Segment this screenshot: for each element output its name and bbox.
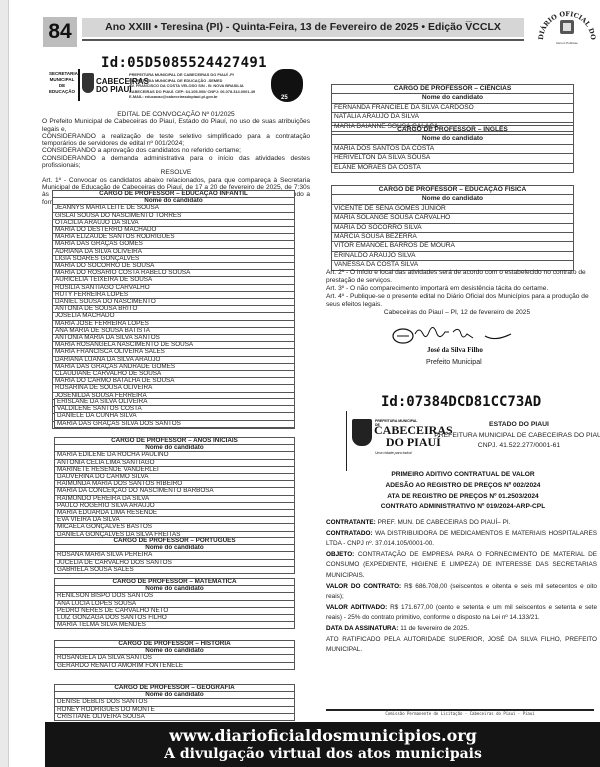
cabeceiras-prefeitura-logo: PREFEITURA MUNICIPAL DE CABECEIRASDO PIA… xyxy=(346,411,418,471)
table-row: JUCÉLIA DE CARVALHO DOS SANTOS xyxy=(55,559,295,566)
table-row: RUTY FERREIRA LOPES xyxy=(53,291,295,298)
table-title: CARGO DE PROFESSOR – CIÊNCIAS xyxy=(332,85,574,94)
table-row: VICENTE DE SENA GOMES JÚNIOR xyxy=(332,204,574,213)
table-row: NATÁLIA ARAÚJO DA SILVA xyxy=(332,113,574,122)
anniversary-badge-logo xyxy=(271,69,303,102)
candidate-table-portugues: CARGO DE PROFESSOR – PORTUGUÊSNome do ca… xyxy=(54,537,295,574)
table-row: MARIA ELIZAUDE SANTOS RODRIGUES xyxy=(53,234,295,241)
table-row: RONEY RODRIGUES DO MONTE xyxy=(55,706,295,713)
table-column-header: Nome do candidato xyxy=(55,648,295,655)
table-row: ERINALDO ARAÚJO SILVA xyxy=(332,251,574,260)
candidate-table-historia: CARGO DE PROFESSOR – HISTÓRIANome do can… xyxy=(54,640,295,670)
candidate-table-ingles: CARGO DE PROFESSOR – INGLÊSNome do candi… xyxy=(331,125,574,173)
contract-field: CONTRATADO: WA DISTRIBUIDORA DE MEDICAME… xyxy=(326,529,597,550)
table-column-header: Nome do candidato xyxy=(332,195,574,204)
edital-title: EDITAL DE CONVOCAÇÃO Nº 01/2025 xyxy=(42,111,310,118)
table-column-header: Nome do candidato xyxy=(55,445,295,452)
table-row: ANTONIA MARIA DA SILVA SANTOS xyxy=(53,335,295,342)
table-row: MARIA DAS GRAÇAS GOMES xyxy=(53,241,295,248)
table-row: MARIA DO ROSÁRIO COSTA RABELO SOUSA xyxy=(53,270,295,277)
table-row: MARIA DAS GRAÇAS ANDRADE GOMES xyxy=(53,363,295,370)
table-row: RENILSON BISPO DOS SANTOS xyxy=(55,593,295,600)
table-row: ROSARINA DE SOUSA OLIVEIRA xyxy=(53,385,295,392)
footer-banner: www.diarioficialdosmunicipios.org A divu… xyxy=(45,722,600,767)
table-row: LIGIA SOARES GONÇALVES xyxy=(53,255,295,262)
art-2: Art. 2º - O início e local das atividade… xyxy=(326,269,598,285)
table-row: DANIEL SOUSA DO NASCIMENTO xyxy=(53,299,295,306)
contract-field: ATO RATIFICADO PELA AUTORIDADE SUPERIOR,… xyxy=(326,635,597,656)
table-row: VALDILENE SANTOS COSTA xyxy=(55,406,295,413)
table-row: MICAELA GONÇALVES BASTOS xyxy=(55,524,295,531)
table-row: GERARDO RENATO AMORIM FONTENELE xyxy=(55,662,295,669)
table-row: ERISLANE DA SILVA OLIVEIRA xyxy=(55,399,295,406)
table-row: ROSANGELA DA SILVA SANTOS xyxy=(55,655,295,662)
table-row: CRISTIANE OLIVEIRA SOUSA xyxy=(55,713,295,720)
edital-articles: Art. 2º - O início e local das atividade… xyxy=(326,269,598,317)
table-row: MARIA DO CARMO BATALHA DE SOUSA xyxy=(53,378,295,385)
header-divider xyxy=(82,39,524,41)
table-row: GISLAI SOUSA DO NASCIMENTO TORRES xyxy=(53,212,295,219)
table-title: CARGO DE PROFESSOR – INGLÊS xyxy=(332,126,574,135)
table-row: ROSILIA SANTIAGO CARVALHO xyxy=(53,284,295,291)
table-row: MARIA DO SOCORRO SILVA xyxy=(332,223,574,232)
table-row: ROSANA MARIA SILVA PEREIRA xyxy=(55,552,295,559)
contract-field: CONTRATANTE: PREF. MUN. DE CABECEIRAS DO… xyxy=(326,518,597,529)
document-id-2: Id:07384DCD81CC73AD xyxy=(381,394,541,410)
table-row: JEANNYS MARIA LEITE DE SOUSA xyxy=(53,205,295,212)
edital-letterhead: SECRETARIA MUNICIPAL DE EDUCAÇÃO CABECEI… xyxy=(49,69,309,107)
art-3: Art. 3º - O não comparecimento importará… xyxy=(326,285,598,293)
table-row: EVA VIEIRA DA SILVA xyxy=(55,517,295,524)
candidate-table-infantil-continued: ERISLANE DA SILVA OLIVEIRAVALDILENE SANT… xyxy=(54,398,295,428)
table-row: MARIA DOS SANTOS DA COSTA xyxy=(332,144,574,153)
table-row: MARIA JOSÉ FERREIRA LOPES xyxy=(53,320,295,327)
signer-role: Prefeito Municipal xyxy=(426,359,482,366)
table-row: MARINETE RESENDE VANDERLEI xyxy=(55,466,295,473)
table-row: PAULO ROGÉRIO SILVA ARAÚJO xyxy=(55,502,295,509)
resolve-heading: RESOLVE xyxy=(42,169,310,176)
table-title: CARGO DE PROFESSOR – EDUCAÇÃO FISICA xyxy=(332,186,574,195)
table-title: CARGO DE PROFESSOR – EDUCAÇÃO INFANTIL xyxy=(53,191,295,198)
table-row: ANA MARIA DE SOUSA BATISTA xyxy=(53,327,295,334)
table-row: PEDRO NERES DE CARVALHO NETO xyxy=(55,607,295,614)
website-link[interactable]: www.diarioficialdosmunicipios.org xyxy=(45,722,600,746)
comissao-note: Comissão Permanente de Licitação - Cabec… xyxy=(326,711,594,716)
aditivo-titles: PRIMEIRO ADITIVO CONTRATUAL DE VALOR ADE… xyxy=(327,470,599,513)
table-row: RAIMUNDA MARIA DOS SANTOS RIBEIRO xyxy=(55,481,295,488)
edition-line: Ano XXIII • Teresina (PI) - Quinta-Feira… xyxy=(82,18,524,37)
contract-field: VALOR DO CONTRATO: R$ 686.708,00 (seisce… xyxy=(326,582,597,603)
contract-field: VALOR ADITIVADO: R$ 171.677,00 (cento e … xyxy=(326,603,597,624)
table-row: AURICELIA TEIXEIRA DE SOUSA xyxy=(53,277,295,284)
table-row: OTACILIA ARAÚJO DA SILVA xyxy=(53,219,295,226)
table-title: CARGO DE PROFESSOR – MATEMÁTICA xyxy=(55,579,295,586)
issuer-block: ESTADO DO PIAUI PREFEITURA MUNICIPAL DE … xyxy=(429,420,600,452)
table-row: MARIA FRANCISCA OLIVEIRA SALES xyxy=(53,349,295,356)
table-row: JOSÉLIA MACHADO xyxy=(53,313,295,320)
contract-fields: CONTRATANTE: PREF. MUN. DE CABECEIRAS DO… xyxy=(326,518,597,656)
secretaria-logo: SECRETARIA MUNICIPAL DE EDUCAÇÃO xyxy=(49,71,75,95)
table-row: ELÃNE MORAES DA COSTA xyxy=(332,163,574,172)
table-row: ANA LUCIA LOPES SOUSA xyxy=(55,600,295,607)
signature-image xyxy=(389,318,519,348)
candidate-table-geografia: CARGO DE PROFESSOR – GEOGRAFIANome do ca… xyxy=(54,684,295,721)
table-row: DANIELE DA CUNHA SILVA xyxy=(55,413,295,420)
newspaper-page: 84 Ano XXIII • Teresina (PI) - Quinta-Fe… xyxy=(8,0,600,767)
table-row: FERNANDA FRANCIELE DA SILVA CARDOSO xyxy=(332,103,574,112)
svg-text:Rerum Publicae: Rerum Publicae xyxy=(556,41,578,45)
table-row: DENISE DEBLIS DOS SANTOS xyxy=(55,699,295,706)
diario-oficial-seal-logo: DIÁRIO OFICIAL DOS MUNICÍPIOS Rerum Publ… xyxy=(533,2,600,58)
table-row: CLAUDIANE CARVALHO DE SOUSA xyxy=(53,371,295,378)
page-number: 84 xyxy=(43,17,77,47)
coat-of-arms-icon xyxy=(82,73,94,93)
table-row: MARIA EDUARDA LIMA RESENDE xyxy=(55,510,295,517)
table-column-header: Nome do candidato xyxy=(53,198,295,205)
letterhead-address: PREFEITURA MUNICIPAL DE CABECEIRAS DO PI… xyxy=(129,72,269,100)
table-row: VITOR EMANOEL BARROS DE MOURA xyxy=(332,242,574,251)
table-title: CARGO DE PROFESSOR – PORTUGUÊS xyxy=(55,538,295,545)
candidate-table-infantil: CARGO DE PROFESSOR – EDUCAÇÃO INFANTILNo… xyxy=(52,190,295,429)
table-row: DAUVERINA DO CARMO SILVA xyxy=(55,474,295,481)
table-row: LUIZ GONZAGA DOS SANTOS FILHO xyxy=(55,615,295,622)
table-row: MARIA EDILENE DA ROCHA PAULINO xyxy=(55,452,295,459)
candidate-table-iniciais: CARGO DE PROFESSOR – ANOS INICIAISNome d… xyxy=(54,437,295,539)
signer-name: José da Silva Filho xyxy=(427,346,483,354)
table-row: RAIMUNDO PEREIRA DA SILVA xyxy=(55,495,295,502)
table-row: MARIA SOLANGE SOUSA CARVALHO xyxy=(332,214,574,223)
candidate-table-matematica: CARGO DE PROFESSOR – MATEMÁTICANome do c… xyxy=(54,578,295,629)
table-row: GABRIELA SOUSA SALES xyxy=(55,566,295,573)
table-column-header: Nome do candidato xyxy=(332,135,574,144)
table-title: CARGO DE PROFESSOR – ANOS INICIAIS xyxy=(55,438,295,445)
table-row: MARIA DO SOCORRO DE SOUSA xyxy=(53,263,295,270)
table-title: CARGO DE PROFESSOR – HISTÓRIA xyxy=(55,641,295,648)
table-row: ADRIANA DA SILVA OLIVEIRA xyxy=(53,248,295,255)
table-column-header: Nome do candidato xyxy=(55,545,295,552)
table-row: MARIA TELMA SILVA MENDES xyxy=(55,622,295,629)
coat-of-arms-icon xyxy=(352,419,372,446)
table-row: ANTONIA CÉLIA LIMA SANTIAGO xyxy=(55,459,295,466)
candidate-table-fisica: CARGO DE PROFESSOR – EDUCAÇÃO FISICANome… xyxy=(331,185,574,271)
table-row: MARIA DO DESTERRO MACHADO xyxy=(53,227,295,234)
cabeceiras-logo: CABECEIRAS DO PIAUÍ xyxy=(78,69,130,101)
table-row: DARIANA LUANA DA SILVA ARAÚJO xyxy=(53,356,295,363)
contract-field: OBJETO: CONTRATAÇÃO DE EMPRESA PARA O FO… xyxy=(326,550,597,582)
table-row: HERIVELTON DA SILVA SOUSA xyxy=(332,154,574,163)
table-column-header: Nome do candidato xyxy=(55,586,295,593)
table-row: MARIA DAS GRAÇAS SILVA DOS SANTOS xyxy=(55,420,295,427)
contract-field: DATA DA ASSINATURA: 11 de fevereiro de 2… xyxy=(326,624,597,635)
table-row: ANTONIA DE SOUSA BRITO xyxy=(53,306,295,313)
table-row: MARIA DA CONCEIÇÃO DO NASCIMENTO BARBOSA xyxy=(55,488,295,495)
table-column-header: Nome do candidato xyxy=(332,94,574,103)
place-date: Cabeceiras do Piauí – PI, 12 de fevereir… xyxy=(316,309,598,317)
table-column-header: Nome do candidato xyxy=(55,692,295,699)
art-4: Art. 4º - Publique-se o presente edital … xyxy=(326,293,598,309)
table-row: MARIA ROSANGELA NASCIMENTO DE SOUSA xyxy=(53,342,295,349)
table-title: CARGO DE PROFESSOR – GEOGRAFIA xyxy=(55,685,295,692)
banner-tagline: A divulgação virtual dos atos municipais xyxy=(45,746,600,763)
table-row: MÁRCIA SOUSA BEZERRA xyxy=(332,233,574,242)
